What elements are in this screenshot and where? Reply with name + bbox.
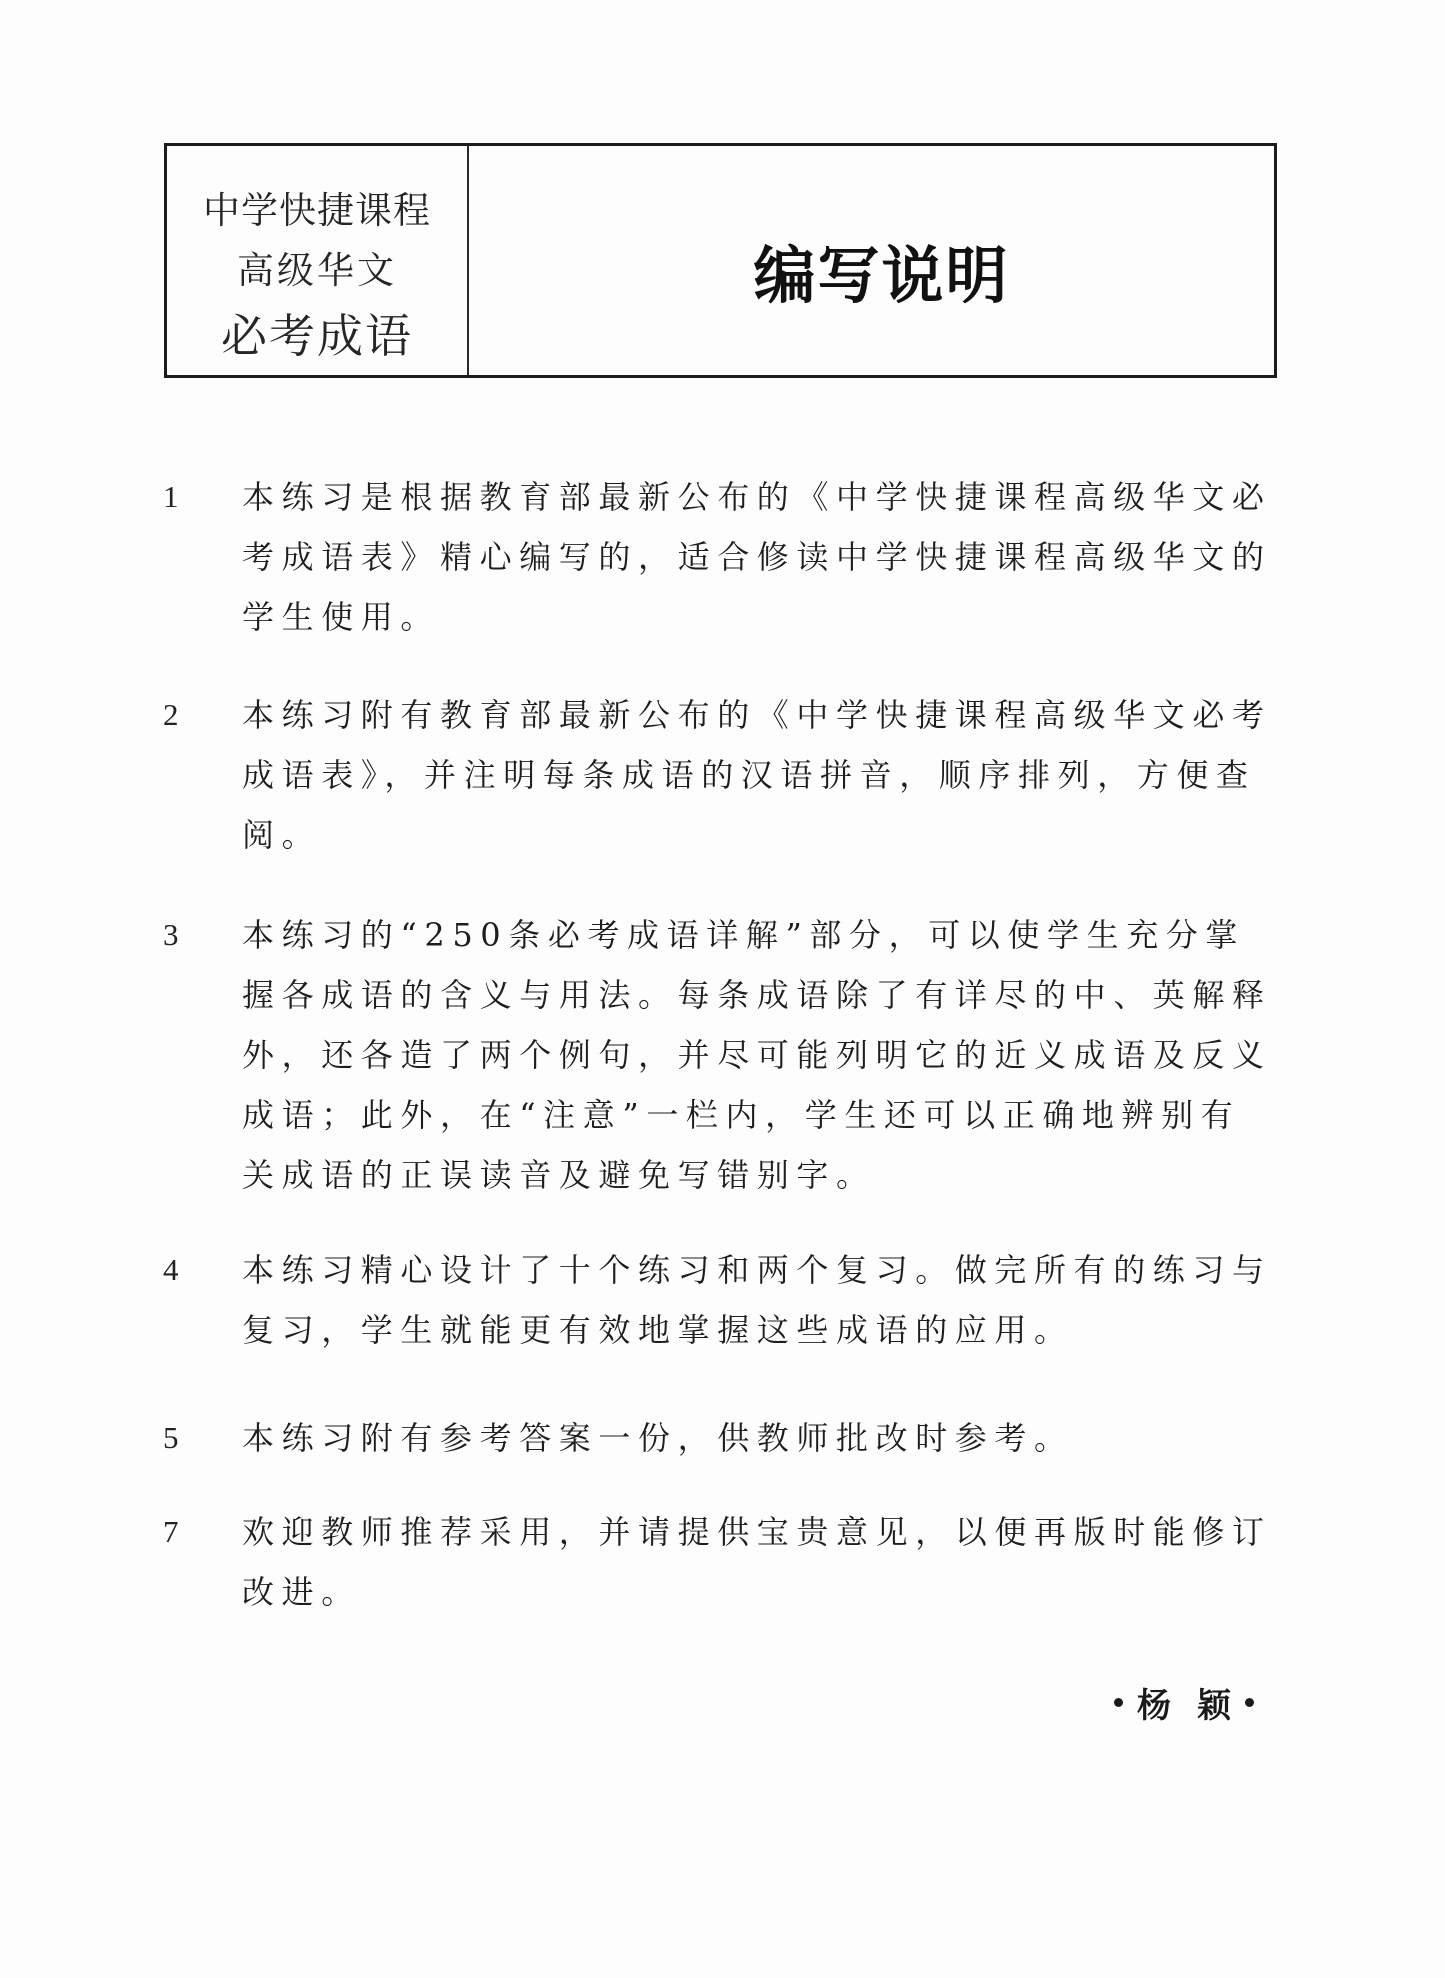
author-signature: 杨颖 [1100, 1678, 1268, 1727]
item-line: 本练习附有教育部最新公布的《中学快捷课程高级华文必考 [242, 685, 1282, 745]
item-number: 3 [163, 905, 179, 965]
item-text: 本练习精心设计了十个练习和两个复习。做完所有的练习与 复习，学生就能更有效地掌握… [242, 1240, 1282, 1360]
item-line: 关成语的正误读音及避免写错别字。 [242, 1145, 1282, 1205]
item-line: 本练习的“250条必考成语详解”部分，可以使学生充分掌 [242, 905, 1282, 965]
item-line: 学生使用。 [242, 587, 1282, 647]
series-label-cell: 中学快捷课程 高级华文 必考成语 [167, 146, 469, 375]
item-number: 7 [163, 1502, 179, 1562]
item-number: 1 [163, 467, 179, 527]
item-text: 本练习附有教育部最新公布的《中学快捷课程高级华文必考 成语表》，并注明每条成语的… [242, 685, 1282, 865]
item-text: 本练习是根据教育部最新公布的《中学快捷课程高级华文必 考成语表》精心编写的，适合… [242, 467, 1282, 647]
item-text: 本练习的“250条必考成语详解”部分，可以使学生充分掌 握各成语的含义与用法。每… [242, 905, 1282, 1205]
item-line: 考成语表》精心编写的，适合修读中学快捷课程高级华文的 [242, 527, 1282, 587]
item-line: 本练习精心设计了十个练习和两个复习。做完所有的练习与 [242, 1240, 1282, 1300]
series-line-book: 必考成语 [167, 300, 467, 366]
item-line: 成语表》，并注明每条成语的汉语拼音，顺序排列，方便查 [242, 745, 1282, 805]
title-cell: 编写说明 [469, 146, 1274, 375]
series-line-subject: 高级华文 [167, 240, 467, 294]
item-line: 改进。 [242, 1562, 1282, 1622]
item-text: 本练习附有参考答案一份，供教师批改时参考。 [242, 1408, 1282, 1468]
bullet-dot-icon [1245, 1698, 1254, 1707]
item-line: 外，还各造了两个例句，并尽可能列明它的近义成语及反义 [242, 1025, 1282, 1085]
item-number: 4 [163, 1240, 179, 1300]
item-number: 5 [163, 1408, 179, 1468]
item-line: 阅。 [242, 805, 1282, 865]
item-number: 2 [163, 685, 179, 745]
bullet-dot-icon [1114, 1698, 1123, 1707]
page-title: 编写说明 [469, 226, 1274, 315]
item-text: 欢迎教师推荐采用，并请提供宝贵意见，以便再版时能修订 改进。 [242, 1502, 1282, 1622]
author-name: 杨颖 [1137, 1678, 1257, 1727]
header-box: 中学快捷课程 高级华文 必考成语 编写说明 [164, 143, 1277, 378]
item-line: 成语；此外，在“注意”一栏内，学生还可以正确地辨别有 [242, 1085, 1282, 1145]
item-line: 欢迎教师推荐采用，并请提供宝贵意见，以便再版时能修订 [242, 1502, 1282, 1562]
item-line: 复习，学生就能更有效地掌握这些成语的应用。 [242, 1300, 1282, 1360]
item-line: 握各成语的含义与用法。每条成语除了有详尽的中、英解释 [242, 965, 1282, 1025]
series-line-course: 中学快捷课程 [167, 180, 467, 234]
item-line: 本练习附有参考答案一份，供教师批改时参考。 [242, 1408, 1282, 1468]
item-line: 本练习是根据教育部最新公布的《中学快捷课程高级华文必 [242, 467, 1282, 527]
